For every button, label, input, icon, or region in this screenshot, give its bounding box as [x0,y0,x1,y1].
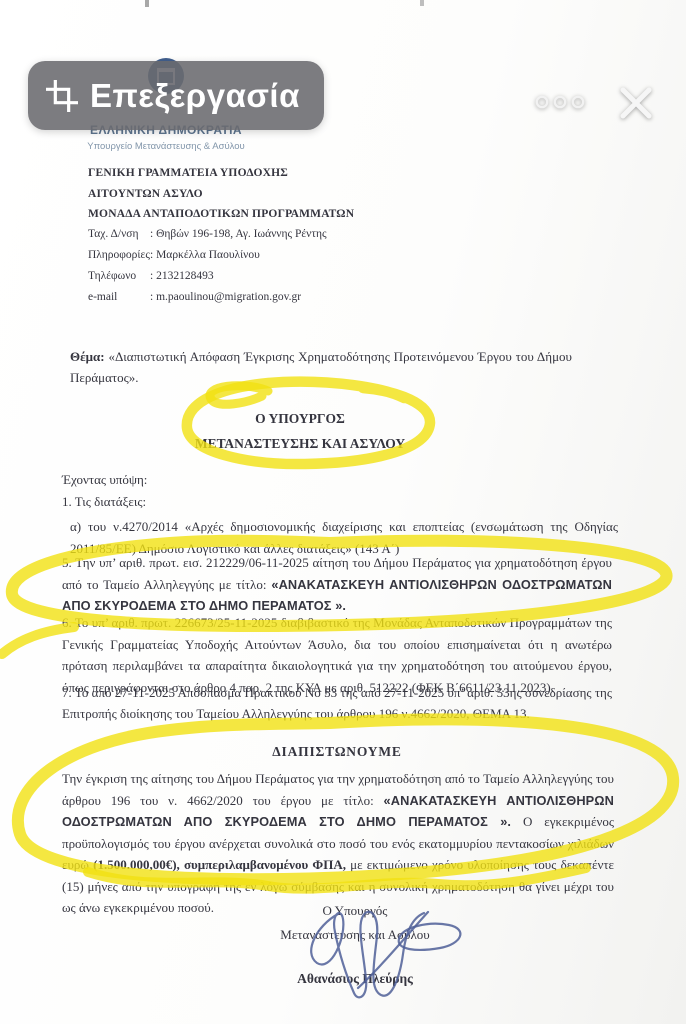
contact-row: Ταχ. Δ/νση: Θηβών 196-198, Αγ. Ιωάννης Ρ… [88,224,327,245]
signature-title-line1: Ο Υπουργός [230,903,480,919]
contact-label: Τηλέφωνο [88,266,150,287]
highlight-circle-minister-flourish [210,386,268,405]
minister-heading-line: Ο ΥΠΟΥΡΓΟΣ [120,406,480,431]
dept-line: ΑΙΤΟΥΝΤΩΝ ΑΣΥΛΟ [88,184,354,205]
conclusion-paragraph: Την έγκριση της αίτησης του Δήμου Περάμα… [62,768,614,919]
letterhead-department: ΓΕΝΙΚΗ ΓΡΑΜΜΑΤΕΙΑ ΥΠΟΔΟΧΗΣ ΑΙΤΟΥΝΤΩΝ ΑΣΥ… [88,163,354,225]
contact-label: Πληροφορίες [88,245,150,266]
edit-button-label: Επεξεργασία [90,77,300,115]
contact-block: Ταχ. Δ/νση: Θηβών 196-198, Αγ. Ιωάννης Ρ… [88,224,327,308]
more-options-icon [534,92,586,112]
contact-row: Πληροφορίες: Μαρκέλλα Παουλίνου [88,245,327,266]
list-item-5: 5. Την υπ’ αριθ. πρωτ. εισ. 212229/06-11… [62,552,612,617]
scan-artifact [145,0,149,7]
conclusion-heading: ΔΙΑΠΙΣΤΩΝΟΥΜΕ [62,744,612,760]
more-options-button[interactable] [534,92,586,117]
letterhead-ministry: Υπουργείο Μετανάστευσης & Ασύλου [0,141,332,152]
conclusion-amount: (1.500.000,00€), συμπεριλαμβανομένου ΦΠΑ… [93,857,346,872]
list-item-1: 1. Τις διατάξεις: [62,494,146,510]
having-regard: Έχοντας υπόψη: [62,472,147,488]
contact-row: e-mail: m.paoulinou@migration.gov.gr [88,287,327,308]
contact-value: : m.paoulinou@migration.gov.gr [150,291,301,303]
dept-line: ΓΕΝΙΚΗ ΓΡΑΜΜΑΤΕΙΑ ΥΠΟΔΟΧΗΣ [88,163,354,184]
contact-value: : 2132128493 [150,270,214,282]
crop-icon [46,80,78,112]
subject-text: «Διαπιστωτική Απόφαση Έγκρισης Χρηματοδό… [70,349,572,385]
minister-heading: Ο ΥΠΟΥΡΓΟΣ ΜΕΤΑΝΑΣΤΕΥΣΗΣ ΚΑΙ ΑΣΥΛΟΥ [120,406,480,456]
signature-title-line2: Μετανάστευσης και Ασύλου [230,927,480,943]
scan-artifact [420,0,424,6]
contact-label: Ταχ. Δ/νση [88,224,150,245]
minister-heading-line: ΜΕΤΑΝΑΣΤΕΥΣΗΣ ΚΑΙ ΑΣΥΛΟΥ [120,431,480,456]
edit-button[interactable]: Επεξεργασία [28,61,324,130]
close-icon [613,80,659,126]
close-button[interactable] [613,80,659,131]
list-item-7: 7. Το από 27-11-2025 Απόσπασμα Πρακτικού… [62,682,612,724]
contact-value: : Μαρκέλλα Παουλίνου [150,249,260,261]
contact-label: e-mail [88,287,150,308]
contact-row: Τηλέφωνο: 2132128493 [88,266,327,287]
signature-name: Αθανάσιος Πλεύρης [230,971,480,987]
contact-value: : Θηβών 196-198, Αγ. Ιωάννης Ρέντης [150,228,327,240]
photo-viewer: Επεξεργασία ΕΛΛΗΝΙΚΗ ΔΗΜΟΚΡΑΤΙΑ Υπουργεί… [0,0,686,1024]
subject-paragraph: Θέμα: «Διαπιστωτική Απόφαση Έγκρισης Χρη… [70,346,572,388]
subject-label: Θέμα: [70,349,105,364]
dept-line: ΜΟΝΑΔΑ ΑΝΤΑΠΟΔΟΤΙΚΩΝ ΠΡΟΓΡΑΜΜΑΤΩΝ [88,204,354,225]
